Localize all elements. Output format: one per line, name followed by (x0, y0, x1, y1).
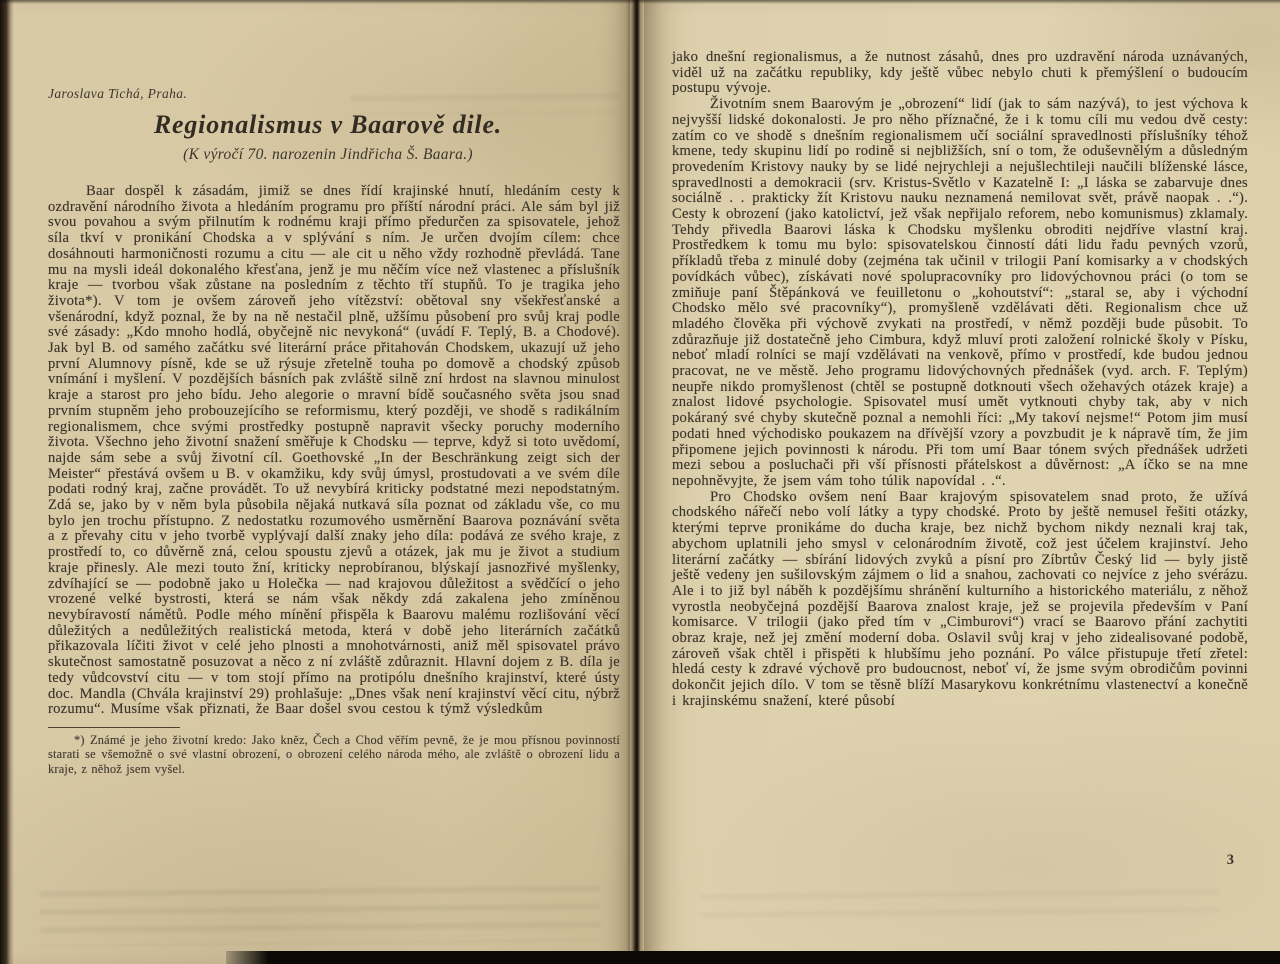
left-page-body-text: Baar dospěl k zásadám, jimiž se dnes říd… (48, 184, 620, 718)
right-page-paragraph: jako dnešní regionalismus, a že nutnost … (672, 50, 1248, 97)
scan-top-edge-shadow (0, 0, 1280, 4)
article-title: Regionalismus v Baarově dile. (48, 110, 608, 140)
left-page: Jaroslava Tichá, Praha. Regionalismus v … (10, 0, 630, 964)
right-page: jako dnešní regionalismus, a že nutnost … (644, 0, 1280, 964)
page-number: 3 (1227, 852, 1234, 869)
book-spine-gutter (626, 0, 646, 964)
article-subtitle: (K výročí 70. narozenin Jindřicha Š. Baa… (48, 146, 608, 164)
footnote-text: *) Známé je jeho životní kredo: Jako kně… (48, 733, 620, 776)
right-page-paragraph: Pro Chodsko ovšem není Baar krajovým spi… (672, 490, 1248, 710)
scan-bottom-edge (226, 951, 1280, 964)
scan-left-edge-shadow (0, 0, 14, 964)
footnote-divider (48, 727, 180, 728)
right-page-paragraph: Životním snem Baarovým je „obrození“ lid… (672, 97, 1248, 490)
book-spread: Jaroslava Tichá, Praha. Regionalismus v … (0, 0, 1280, 964)
author-line: Jaroslava Tichá, Praha. (48, 86, 620, 102)
